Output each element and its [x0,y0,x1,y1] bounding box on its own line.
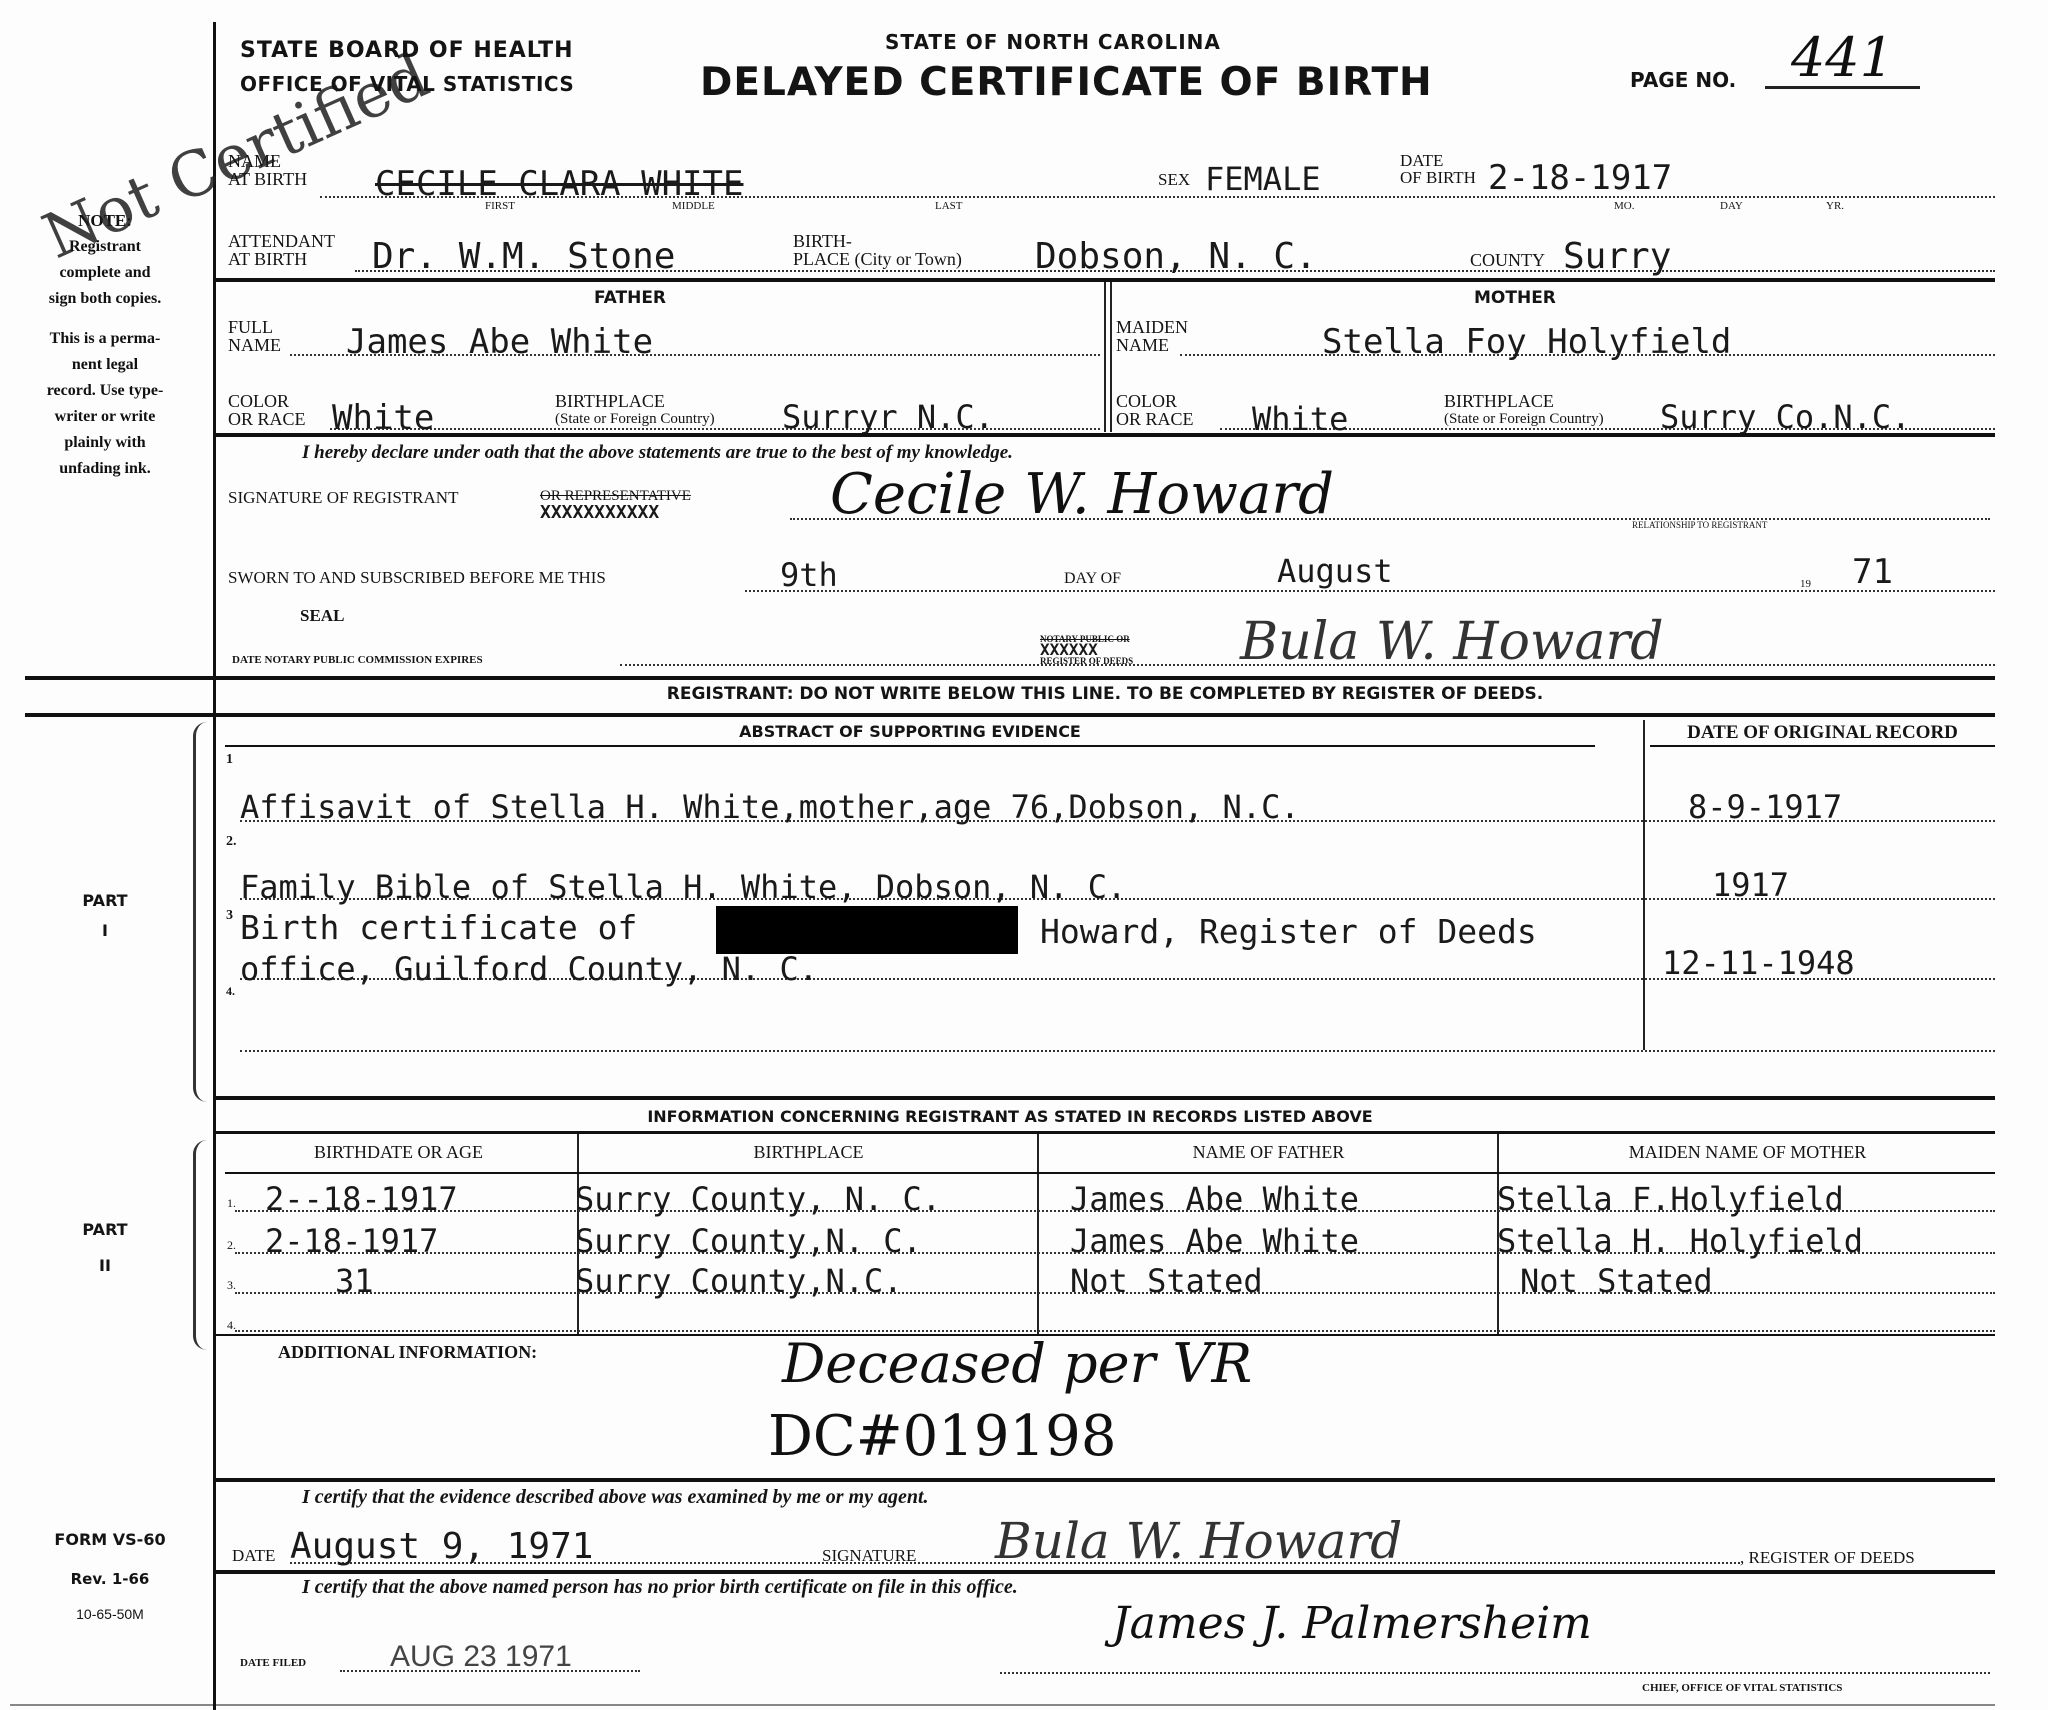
attendant-value: Dr. W.M. Stone [372,236,675,277]
divider-notice: REGISTRANT: DO NOT WRITE BELOW THIS LINE… [215,684,1995,704]
oath-declaration: I hereby declare under oath that the abo… [302,442,1013,464]
evidence-item-3: Birth certificate of [240,908,637,947]
sworn-year: 71 [1852,552,1893,592]
board-of-health: STATE BOARD OF HEALTH [240,38,574,63]
sworn-month: August [1277,552,1393,590]
table-row: 2. 2-18-1917 Surry County,N. C. James Ab… [225,1222,1995,1262]
father-color: White [332,398,434,438]
mother-name-label: MAIDEN NAME [1116,318,1188,354]
father-name: James Abe White [346,322,653,362]
evidence-heading: ABSTRACT OF SUPPORTING EVIDENCE [215,722,1605,741]
attendant-label: ATTENDANT AT BIRTH [228,232,335,268]
parent-divider [1104,282,1106,432]
birthplace-value: Dobson, N. C. [1035,236,1317,277]
date-heading: DATE OF ORIGINAL RECORD [1650,722,1995,744]
mother-birthplace: Surry Co.N.C. [1660,398,1910,436]
table-row: 3. 31 Surry County,N.C. Not Stated Not S… [225,1262,1995,1302]
register-of-deeds-label: , REGISTER OF DEEDS [1740,1548,1915,1568]
county-value: Surry [1563,236,1671,277]
mother-heading: MOTHER [1474,288,1556,308]
registrant-name: CECILE CLARA WHITE [375,164,743,204]
page-no-value: 441 [1765,30,1920,89]
additional-info-label: ADDITIONAL INFORMATION: [278,1342,537,1363]
evidence-item-3-cont: Howard, Register of Deeds [1040,912,1537,951]
seal-label: SEAL [300,606,344,626]
form-print-code: 10-65-50M [50,1606,170,1622]
registrant-signature: Cecile W. Howard [830,462,1334,527]
sex-label: SEX [1158,170,1190,190]
chief-signature: James J. Palmersheim [1112,1598,1592,1649]
part1-label: PART I [70,886,140,946]
father-birthplace: Surryr N.C. [782,398,994,436]
county-label: COUNTY [1470,250,1545,271]
sex-value: FEMALE [1205,160,1321,198]
notary-signature: Bula W. Howard [1240,612,1664,672]
dob-label: DATE OF BIRTH [1400,152,1476,186]
mother-birthplace-label: BIRTHPLACE (State or Foreign Country) [1444,392,1604,428]
no-prior-certificate: I certify that the above named person ha… [302,1576,1018,1599]
left-margin-rule [213,22,216,1710]
notary-label: REGISTER OF DEEDS [1040,656,1133,666]
additional-info-line2: DC#019198 [768,1404,1116,1469]
evidence-item-4-line [240,1050,1995,1052]
page-title: DELAYED CERTIFICATE OF BIRTH [700,60,1433,105]
evidence-date-1: 8-9-1917 [1688,788,1842,826]
dob-value: 2-18-1917 [1488,158,1672,198]
col-father: NAME OF FATHER [1040,1142,1497,1163]
sworn-label: SWORN TO AND SUBSCRIBED BEFORE ME THIS [228,568,606,588]
evidence-date-2: 1917 [1712,866,1789,904]
chief-label: CHIEF, OFFICE OF VITAL STATISTICS [1642,1682,1842,1694]
col-mother: MAIDEN NAME OF MOTHER [1500,1142,1995,1163]
evidence-item-3-line2: office, Guilford County, N. C. [240,950,818,988]
table-row: 1. 2--18-1917 Surry County, N. C. James … [225,1180,1995,1220]
part2-label: PART II [70,1212,140,1284]
notary-expires-label: DATE NOTARY PUBLIC COMMISSION EXPIRES [232,654,483,666]
birthplace-label: BIRTH- PLACE (City or Town) [793,232,962,268]
mother-color-label: COLOR OR RACE [1116,392,1194,428]
relationship-label: RELATIONSHIP TO REGISTRANT [1632,520,1767,530]
evidence-item-2: Family Bible of Stella H. White, Dobson,… [240,868,1126,906]
date-column-divider [1643,720,1645,1050]
cert-signature-label: SIGNATURE [822,1546,916,1566]
part1-brace [193,722,207,1102]
day-of-label: DAY OF [1064,570,1121,588]
date-filed-value: AUG 23 1971 [390,1640,572,1674]
father-name-label: FULL NAME [228,318,281,354]
part2-heading: INFORMATION CONCERNING REGISTRANT AS STA… [215,1107,1805,1126]
evidence-date-3: 12-11-1948 [1662,944,1855,982]
page-no-label: PAGE NO. [1630,68,1736,92]
state-name: STATE OF NORTH CAROLINA [885,30,1221,54]
form-revision: Rev. 1-66 [50,1570,170,1588]
form-number: FORM VS-60 [50,1530,170,1549]
evidence-certification: I certify that the evidence described ab… [302,1486,929,1509]
register-signature: Bula W. Howard [995,1512,1402,1570]
redaction-box [716,906,1018,954]
signature-label: SIGNATURE OF REGISTRANT [228,488,458,508]
evidence-item-1: Affisavit of Stella H. White,mother,age … [240,788,1300,826]
office-vital-statistics: OFFICE OF VITAL STATISTICS [240,72,574,96]
cert-date: August 9, 1971 [290,1526,593,1567]
date-label: DATE [232,1546,275,1566]
col-birthdate: BIRTHDATE OR AGE [220,1142,577,1163]
father-heading: FATHER [594,288,666,308]
additional-info-line1: Deceased per VR [782,1332,1252,1395]
mother-name: Stella Foy Holyfield [1322,322,1731,362]
part2-brace [193,1140,207,1350]
date-filed-label: DATE FILED [240,1657,306,1669]
name-label: NAME AT BIRTH [228,152,307,188]
col-birthplace: BIRTHPLACE [580,1142,1037,1163]
signature-x: XXXXXXXXXXX [540,502,659,523]
father-birthplace-label: BIRTHPLACE (State or Foreign Country) [555,392,715,428]
father-color-label: COLOR OR RACE [228,392,306,428]
sworn-day: 9th [780,556,838,594]
